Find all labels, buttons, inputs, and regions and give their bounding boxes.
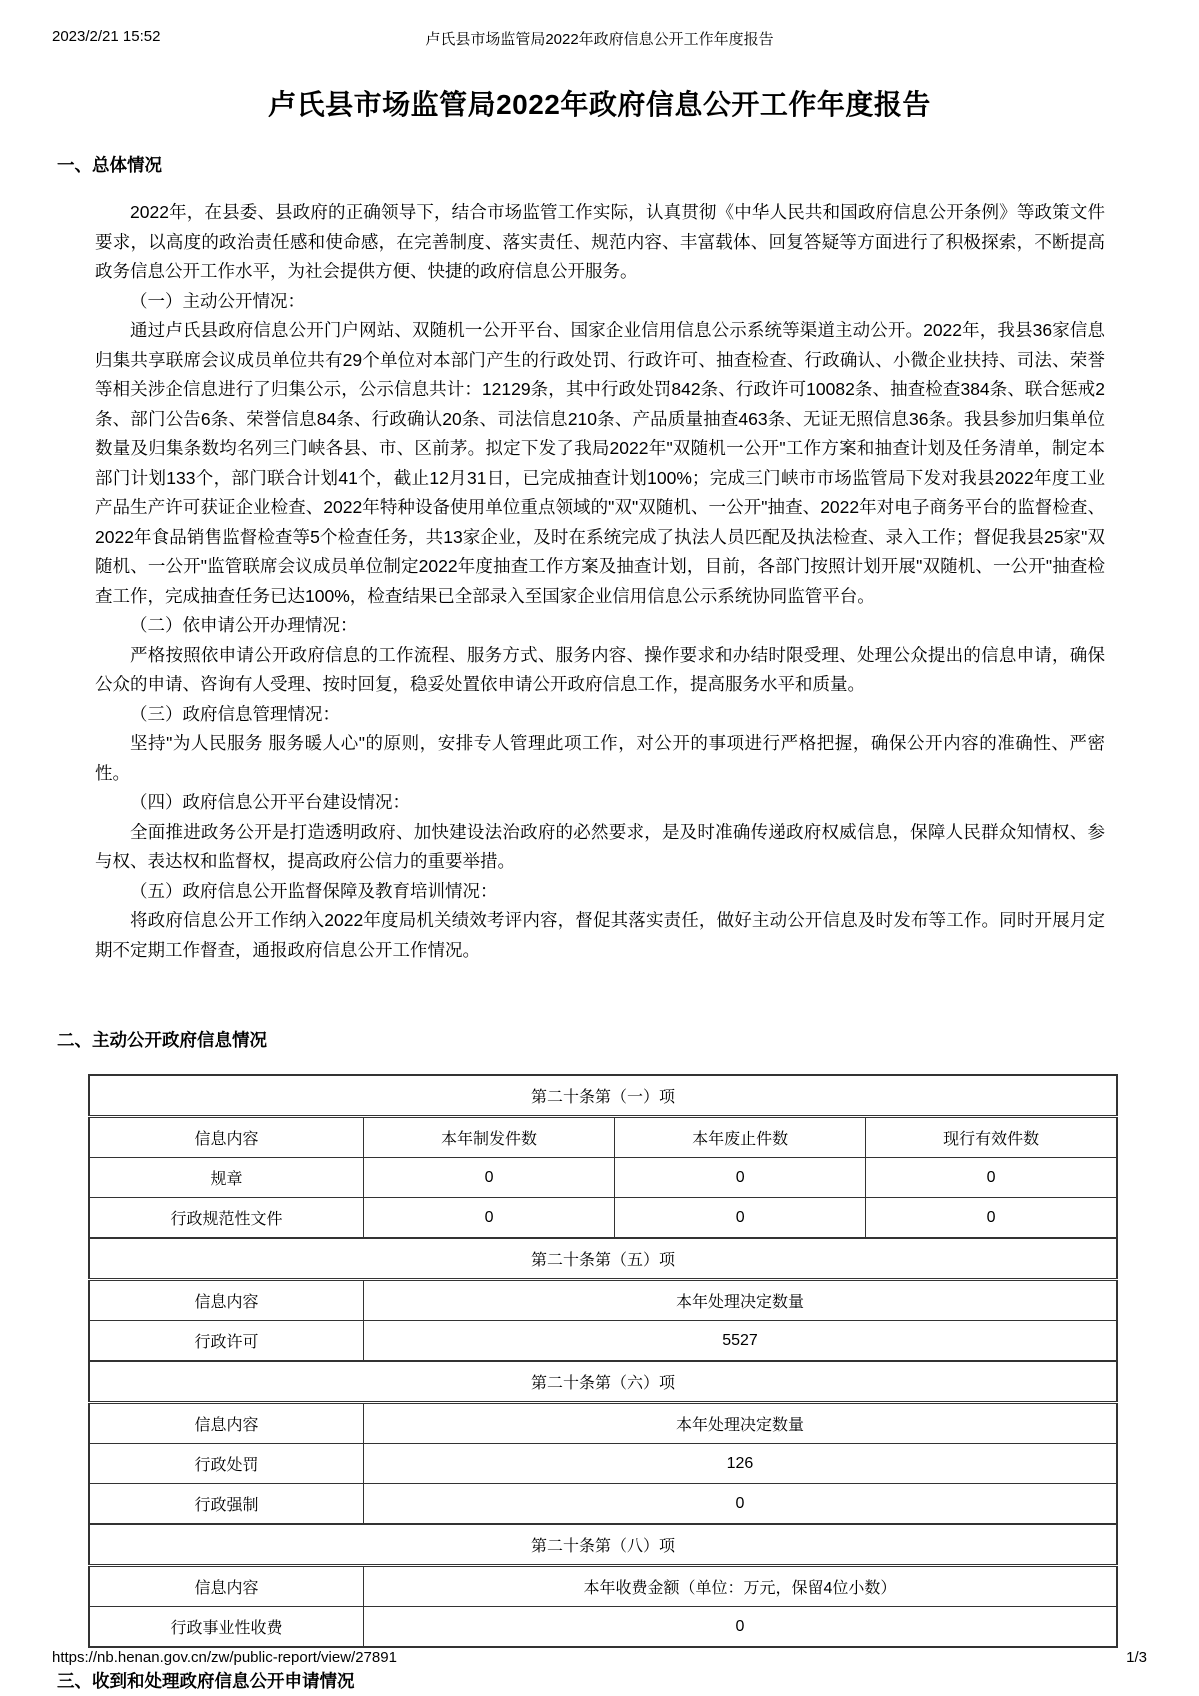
- print-footer: https://nb.henan.gov.cn/zw/public-report…: [52, 1649, 1147, 1666]
- table-header-row: 信息内容 本年收费金额（单位：万元，保留4位小数）: [89, 1566, 1117, 1607]
- table-header-cell: 信息内容: [89, 1403, 363, 1444]
- table-header-cell: 信息内容: [89, 1280, 363, 1321]
- table-header-cell: 现行有效件数: [866, 1117, 1117, 1158]
- table-section-title: 第二十条第（六）项: [89, 1361, 1117, 1403]
- table-cell: 0: [363, 1198, 614, 1239]
- table-section-row: 第二十条第（八）项: [89, 1524, 1117, 1566]
- paragraph: 2022年，在县委、县政府的正确领导下，结合市场监管工作实际，认真贯彻《中华人民…: [95, 198, 1105, 287]
- table-header-cell: 信息内容: [89, 1566, 363, 1607]
- table-cell: 0: [866, 1198, 1117, 1239]
- disclosure-table: 第二十条第（一）项 信息内容 本年制发件数 本年废止件数 现行有效件数 规章 0…: [88, 1074, 1118, 1648]
- table-section-title: 第二十条第（五）项: [89, 1238, 1117, 1280]
- footer-page-number: 1/3: [1126, 1649, 1147, 1666]
- paragraph: （一）主动公开情况：: [95, 287, 1105, 317]
- table-row: 规章 0 0 0: [89, 1158, 1117, 1198]
- table-cell: 0: [363, 1484, 1117, 1525]
- paragraph: （二）依申请公开办理情况：: [95, 611, 1105, 641]
- table-row: 行政强制 0: [89, 1484, 1117, 1525]
- paragraph: （四）政府信息公开平台建设情况：: [95, 788, 1105, 818]
- table-header-row: 信息内容 本年处理决定数量: [89, 1403, 1117, 1444]
- section-heading-requests: 三、收到和处理政府信息公开申请情况: [57, 1668, 1147, 1693]
- table-cell: 行政处罚: [89, 1444, 363, 1484]
- table-header-cell: 信息内容: [89, 1117, 363, 1158]
- page-title: 卢氏县市场监管局2022年政府信息公开工作年度报告: [52, 83, 1147, 123]
- table-cell: 行政强制: [89, 1484, 363, 1525]
- table-cell: 行政规范性文件: [89, 1198, 363, 1239]
- table-cell: 规章: [89, 1158, 363, 1198]
- table-section-row: 第二十条第（六）项: [89, 1361, 1117, 1403]
- footer-url: https://nb.henan.gov.cn/zw/public-report…: [52, 1649, 397, 1666]
- table-header-row: 信息内容 本年处理决定数量: [89, 1280, 1117, 1321]
- table-header-cell: 本年收费金额（单位：万元，保留4位小数）: [363, 1566, 1117, 1607]
- section-heading-proactive-disclosure: 二、主动公开政府信息情况: [57, 1027, 1147, 1052]
- table-cell: 0: [615, 1158, 866, 1198]
- table-section-row: 第二十条第（一）项: [89, 1075, 1117, 1117]
- table-cell: 0: [615, 1198, 866, 1239]
- table-cell: 5527: [363, 1321, 1117, 1362]
- table-section-row: 第二十条第（五）项: [89, 1238, 1117, 1280]
- table-row: 行政规范性文件 0 0 0: [89, 1198, 1117, 1239]
- paragraph: （三）政府信息管理情况：: [95, 700, 1105, 730]
- table-row: 行政处罚 126: [89, 1444, 1117, 1484]
- table-cell: 行政许可: [89, 1321, 363, 1362]
- table-header-cell: 本年处理决定数量: [363, 1280, 1117, 1321]
- table-cell: 0: [363, 1158, 614, 1198]
- table-header-row: 信息内容 本年制发件数 本年废止件数 现行有效件数: [89, 1117, 1117, 1158]
- table-row: 行政许可 5527: [89, 1321, 1117, 1362]
- paragraph: （五）政府信息公开监督保障及教育培训情况：: [95, 877, 1105, 907]
- section-heading-overall: 一、总体情况: [57, 152, 1147, 177]
- table-cell: 0: [363, 1607, 1117, 1648]
- paragraph: 严格按照依申请公开政府信息的工作流程、服务方式、服务内容、操作要求和办结时限受理…: [95, 641, 1105, 700]
- table-cell: 行政事业性收费: [89, 1607, 363, 1648]
- table-cell: 0: [866, 1158, 1117, 1198]
- report-page: 2023/2/21 15:52 卢氏县市场监管局2022年政府信息公开工作年度报…: [0, 0, 1199, 1696]
- section-body-overall: 2022年，在县委、县政府的正确领导下，结合市场监管工作实际，认真贯彻《中华人民…: [95, 198, 1105, 965]
- table-section-title: 第二十条第（一）项: [89, 1075, 1117, 1117]
- table-section-title: 第二十条第（八）项: [89, 1524, 1117, 1566]
- table-row: 行政事业性收费 0: [89, 1607, 1117, 1648]
- table-cell: 126: [363, 1444, 1117, 1484]
- table-header-cell: 本年处理决定数量: [363, 1403, 1117, 1444]
- paragraph: 将政府信息公开工作纳入2022年度局机关绩效考评内容，督促其落实责任，做好主动公…: [95, 906, 1105, 965]
- paragraph: 坚持"为人民服务 服务暖人心"的原则，安排专人管理此项工作，对公开的事项进行严格…: [95, 729, 1105, 788]
- table-header-cell: 本年废止件数: [615, 1117, 866, 1158]
- print-doc-title: 卢氏县市场监管局2022年政府信息公开工作年度报告: [52, 28, 1147, 49]
- table-header-cell: 本年制发件数: [363, 1117, 614, 1158]
- print-header: 2023/2/21 15:52 卢氏县市场监管局2022年政府信息公开工作年度报…: [52, 28, 1147, 46]
- paragraph: 全面推进政务公开是打造透明政府、加快建设法治政府的必然要求，是及时准确传递政府权…: [95, 818, 1105, 877]
- paragraph: 通过卢氏县政府信息公开门户网站、双随机一公开平台、国家企业信用信息公示系统等渠道…: [95, 316, 1105, 611]
